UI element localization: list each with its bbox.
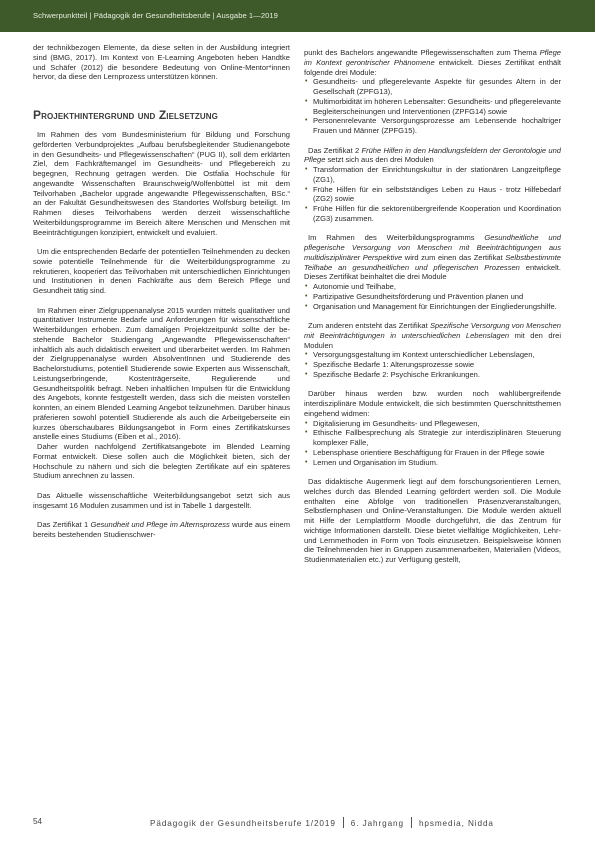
list-item: Gesundheits- und pflegerelevante Aspekte… — [304, 77, 561, 97]
text-span: punkt des Bachelors angewandte Pflegewis… — [304, 48, 540, 57]
intro-paragraph: der technikbezogen Elemente, da diese se… — [33, 43, 290, 82]
list-item: Partizipative Gesundheitsförderung und P… — [304, 292, 561, 302]
list-item: Organisation und Management für Einricht… — [304, 302, 561, 312]
list-item: Versorgungsgestaltung im Kontext untersc… — [304, 350, 561, 360]
footer-publisher: hpsmedia, Nidda — [419, 819, 494, 828]
paragraph-current-offer: Das Aktuelle wissenschaftliche Weiterbil… — [33, 491, 290, 511]
paragraph-project-background: Im Rahmen des vom Bundesministerium für … — [33, 130, 290, 237]
footer-divider — [411, 817, 412, 828]
page-footer: 54 Pädagogik der Gesundheitsberufe 1/201… — [0, 817, 595, 831]
footer-divider — [343, 817, 344, 828]
section-heading: Projekthintergrund und Zielsetzung — [33, 108, 290, 122]
paragraph-certificates: Daher wurden nachfolgend Zertifikatsange… — [33, 442, 290, 481]
text-span: Das Zertifikat 1 — [37, 520, 90, 529]
specific-care-module-list: Versorgungsgestaltung im Kontext untersc… — [304, 350, 561, 379]
certificate-2-module-list: Transformation der Einrichtungskultur in… — [304, 165, 561, 224]
text-span: Das Zertifikat 2 — [308, 146, 361, 155]
list-item: Lebensphase orientiere Beschäftigung für… — [304, 448, 561, 458]
specific-care-intro: Zum anderen entsteht das Zertifikat Spez… — [304, 321, 561, 350]
text-span: Im Rahmen des Weiterbildungsprogramms — [308, 233, 484, 242]
paragraph-target-groups: Um die entsprechenden Bedarfe der potent… — [33, 247, 290, 296]
paragraph-target-analysis: Im Rahmen einer Zielgruppenanalyse 2015 … — [33, 306, 290, 443]
list-item: Lernen und Organisation im Studium. — [304, 458, 561, 468]
certificate-1-title: Gesundheit und Pflege im Alternsprozess — [90, 520, 229, 529]
list-item: Multimorbidität im höheren Lebensalter: … — [304, 97, 561, 117]
list-item: Spezifische Bedarfe 1: Alterungsprozesse… — [304, 360, 561, 370]
footer-publication-info: Pädagogik der Gesundheitsberufe 1/20196.… — [150, 817, 494, 828]
running-header-bar: Schwerpunktteil | Pädagogik der Gesundhe… — [0, 0, 595, 32]
running-header-title: Schwerpunktteil | Pädagogik der Gesundhe… — [33, 11, 278, 20]
list-item: Digitalisierung im Gesundheits- und Pfle… — [304, 419, 561, 429]
list-item: Spezifische Bedarfe 2: Psychische Erkran… — [304, 370, 561, 380]
certificate-1-continuation: punkt des Bachelors angewandte Pflegewis… — [304, 48, 561, 77]
footer-journal: Pädagogik der Gesundheitsberufe 1/2019 — [150, 819, 336, 828]
certificate-2-intro: Das Zertifikat 2 Frühe Hilfen in den Han… — [304, 146, 561, 166]
program-intro: Im Rahmen des Weiterbildungsprogramms Ge… — [304, 233, 561, 282]
list-item: Frühe Hilfen für ein selbstständiges Leb… — [304, 185, 561, 205]
right-column: punkt des Bachelors angewandte Pflegewis… — [304, 48, 561, 565]
list-item: Autonomie und Teilhabe, — [304, 282, 561, 292]
footer-volume: 6. Jahrgang — [351, 819, 404, 828]
program-module-list: Autonomie und Teilhabe, Partizipative Ge… — [304, 282, 561, 311]
left-column: der technikbezogen Elemente, da diese se… — [33, 43, 290, 540]
page-number: 54 — [33, 817, 42, 826]
cross-module-intro: Darüber hinaus werden bzw. wurden noch w… — [304, 389, 561, 418]
paragraph-certificate-1: Das Zertifikat 1 Gesundheit und Pflege i… — [33, 520, 290, 540]
certificate-1-module-list: Gesundheits- und pflegerelevante Aspekte… — [304, 77, 561, 136]
text-span: Zum anderen entsteht das Zertifikat — [308, 321, 430, 330]
list-item: Frühe Hilfen für die sektorenübergreifen… — [304, 204, 561, 224]
text-span: setzt sich aus den drei Modulen — [325, 155, 433, 164]
list-item: Personenrelevante Versorgungsprozesse am… — [304, 116, 561, 136]
list-item: Ethische Fallbesprechung als Strategie z… — [304, 428, 561, 448]
didactic-paragraph: Das didaktische Augenmerk liegt auf dem … — [304, 477, 561, 565]
text-span: wird zum einen das Zertifikat — [402, 253, 505, 262]
list-item: Transformation der Einrichtungskultur in… — [304, 165, 561, 185]
cross-module-list: Digitalisierung im Gesundheits- und Pfle… — [304, 419, 561, 468]
